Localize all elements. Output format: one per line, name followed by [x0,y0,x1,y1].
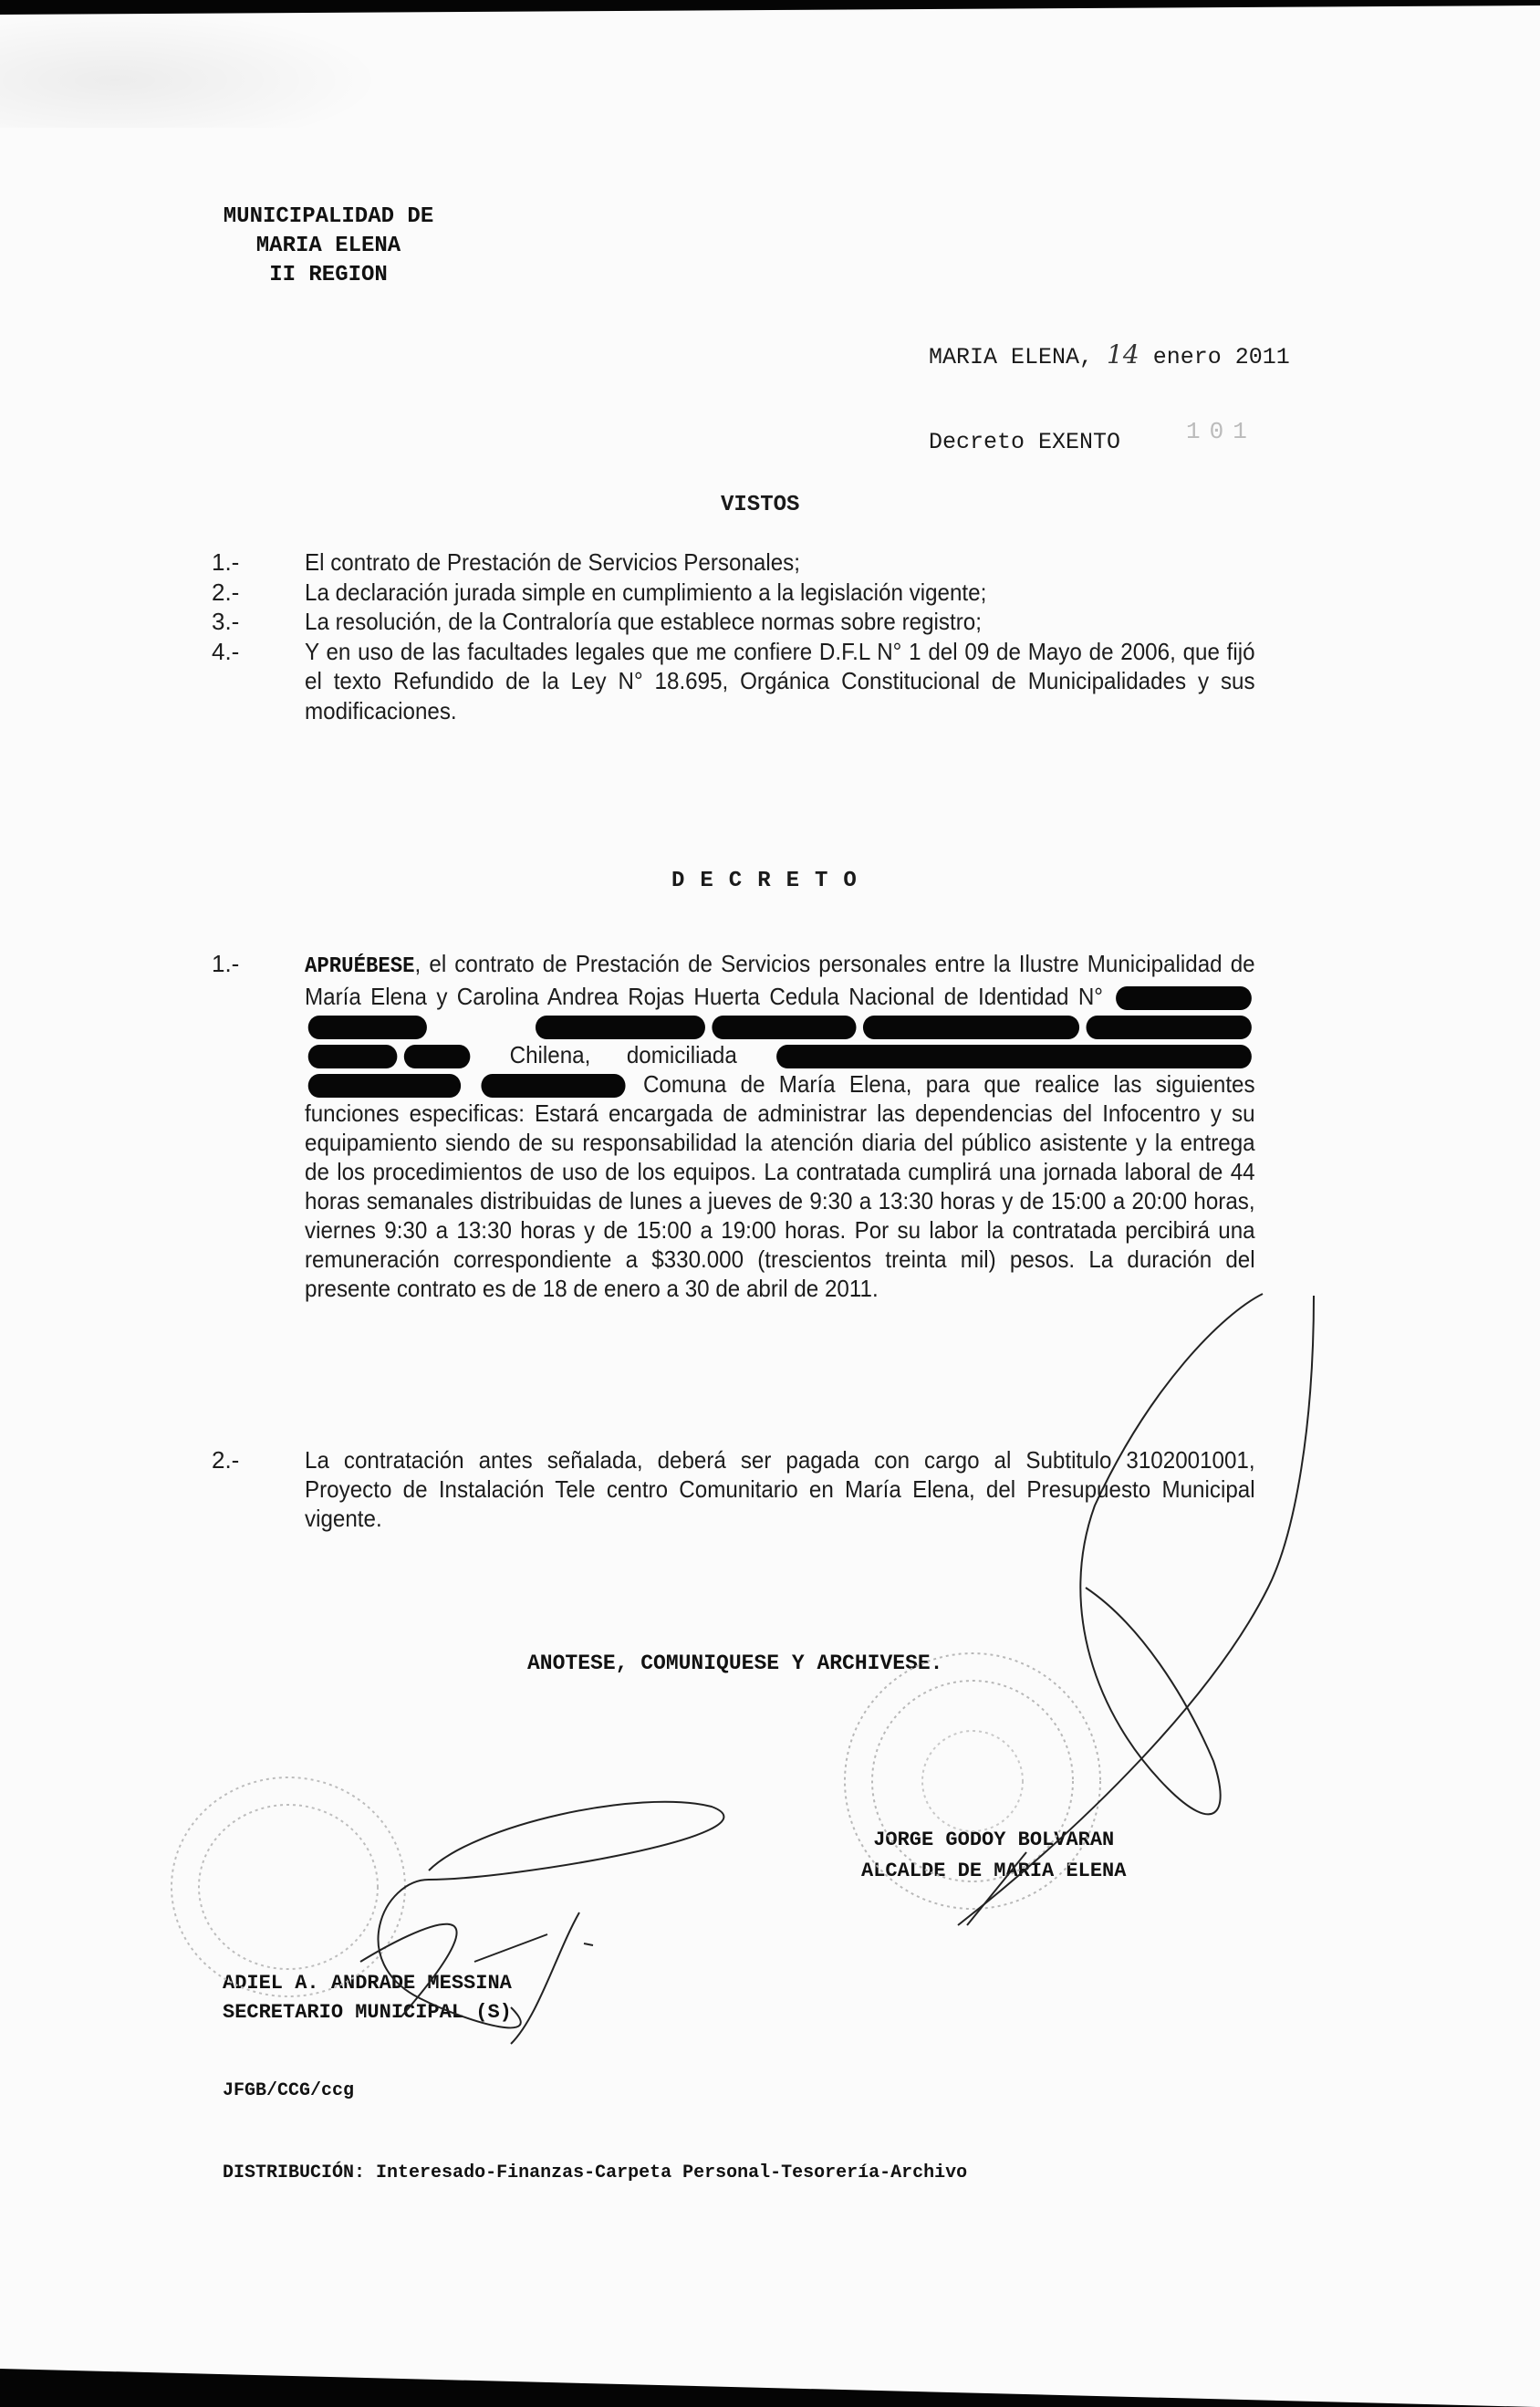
closing-formula: ANOTESE, COMUNIQUESE Y ARCHIVESE. [527,1652,942,1675]
secretary-name: ADIEL A. ANDRADE MESSINA [223,1969,512,1998]
item-number: 1.- [212,547,305,578]
item-text-part-a: , el contrato de Prestación de Servicios… [305,950,1255,1010]
municipality-header: MUNICIPALIDAD DE MARIA ELENA II REGION [203,203,454,290]
item-text: Y en uso de las facultades legales que m… [305,637,1255,726]
date-place: MARIA ELENA, [929,344,1093,370]
vistos-item: 3.- La resolución, de la Contraloría que… [212,607,1327,637]
scanned-page: MUNICIPALIDAD DE MARIA ELENA II REGION M… [0,0,1540,2407]
decreto-item-1: 1.- APRUÉBESE, el contrato de Prestación… [212,949,1327,1303]
redaction-bar [863,1016,1079,1039]
vistos-item: 2.- La declaración jurada simple en cump… [212,578,1327,608]
redaction-bar [1087,1016,1252,1039]
header-line-1: MUNICIPALIDAD DE [203,203,454,232]
mayor-name: JORGE GODOY BOLVARAN [861,1825,1126,1856]
redaction-bar [536,1016,705,1039]
redaction-bar [308,1016,427,1039]
secretary-signature-block: ADIEL A. ANDRADE MESSINA SECRETARIO MUNI… [223,1969,512,2027]
header-line-3: II REGION [203,261,454,290]
item-number: 2.- [212,578,305,608]
vistos-heading: VISTOS [721,493,799,517]
secretary-seal-icon [172,1777,405,1996]
redaction-bar [712,1016,856,1039]
distribution-line: DISTRIBUCIÓN: Interesado-Finanzas-Carpet… [223,2162,967,2183]
redaction-bar [308,1074,461,1098]
vistos-item: 1.- El contrato de Prestación de Servici… [212,547,1327,578]
decree-type-label: Decreto EXENTO [929,429,1120,455]
item-text: APRUÉBESE, el contrato de Prestación de … [305,949,1255,1303]
decree-number-stamp: 101 [1186,418,1256,445]
header-line-2: MARIA ELENA [203,232,454,261]
mayor-signature-block: JORGE GODOY BOLVARAN ALCALDE DE MARIA EL… [861,1825,1126,1887]
redaction-bar [776,1045,1252,1068]
redaction-bar [308,1045,398,1068]
item-number: 4.- [212,637,305,726]
item-text: El contrato de Prestación de Servicios P… [305,547,1255,578]
item-text: La declaración jurada simple en cumplimi… [305,578,1255,608]
reference-initials: JFGB/CCG/ccg [223,2080,354,2101]
item-text-part-c: Comuna de María Elena, para que realice … [305,1070,1255,1302]
item-number: 3.- [212,607,305,637]
date-day-handwritten: 14 [1107,339,1139,370]
redaction-bar [482,1074,626,1098]
document-date: MARIA ELENA, 14 enero 2011 [929,339,1290,370]
distribution-recipients: Interesado-Finanzas-Carpeta Personal-Tes… [376,2162,967,2183]
redaction-bar [1116,986,1252,1010]
item-number: 2.- [212,1445,305,1533]
mayor-title: ALCALDE DE MARIA ELENA [861,1856,1126,1887]
distribution-label: DISTRIBUCIÓN: [223,2162,365,2183]
item-number: 1.- [212,949,305,1303]
date-month-year: enero 2011 [1153,344,1290,370]
redaction-bar [404,1045,471,1068]
vistos-item: 4.- Y en uso de las facultades legales q… [212,637,1327,726]
item-text-part-b: Chilena, domiciliada [510,1041,737,1068]
decreto-item-2: 2.- La contratación antes señalada, debe… [212,1445,1327,1533]
approve-keyword: APRUÉBESE [305,954,415,979]
vistos-list: 1.- El contrato de Prestación de Servici… [212,547,1327,725]
secretary-title: SECRETARIO MUNICIPAL (S) [223,1998,512,2027]
item-text: La contratación antes señalada, deberá s… [305,1445,1255,1533]
item-text: La resolución, de la Contraloría que est… [305,607,1255,637]
decreto-heading: DECRETO [671,869,872,893]
